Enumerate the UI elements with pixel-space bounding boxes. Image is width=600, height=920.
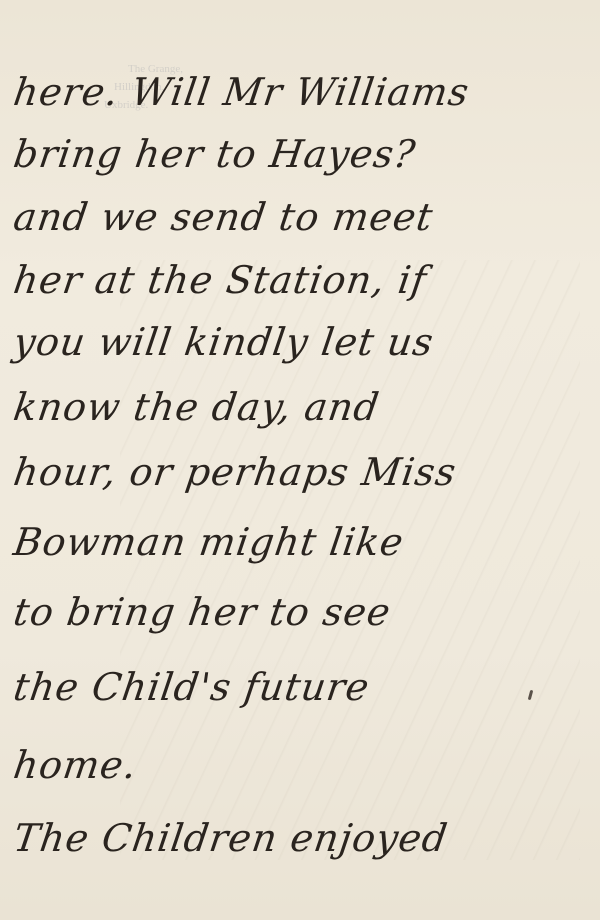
handwritten-line: know the day, and [11,385,382,429]
handwritten-line: you will kindly let us [11,320,437,364]
handwritten-line: her at the Station, if [11,258,430,302]
handwritten-line: here. Will Mr Williams [11,70,472,114]
handwritten-line: and we send to meet [11,195,436,239]
handwritten-line: the Child's future [11,665,373,709]
handwritten-line: The Children enjoyed [11,816,451,860]
handwritten-line: Bowman might like [11,520,407,564]
letter-page: The Grange, Hillingdon, Uxbridge. here. … [0,0,600,920]
handwritten-line: hour, or perhaps Miss [11,450,459,494]
handwritten-line: to bring her to see [11,590,394,634]
handwritten-line: home. [11,743,140,787]
handwritten-line: bring her to Hayes? [11,132,419,176]
